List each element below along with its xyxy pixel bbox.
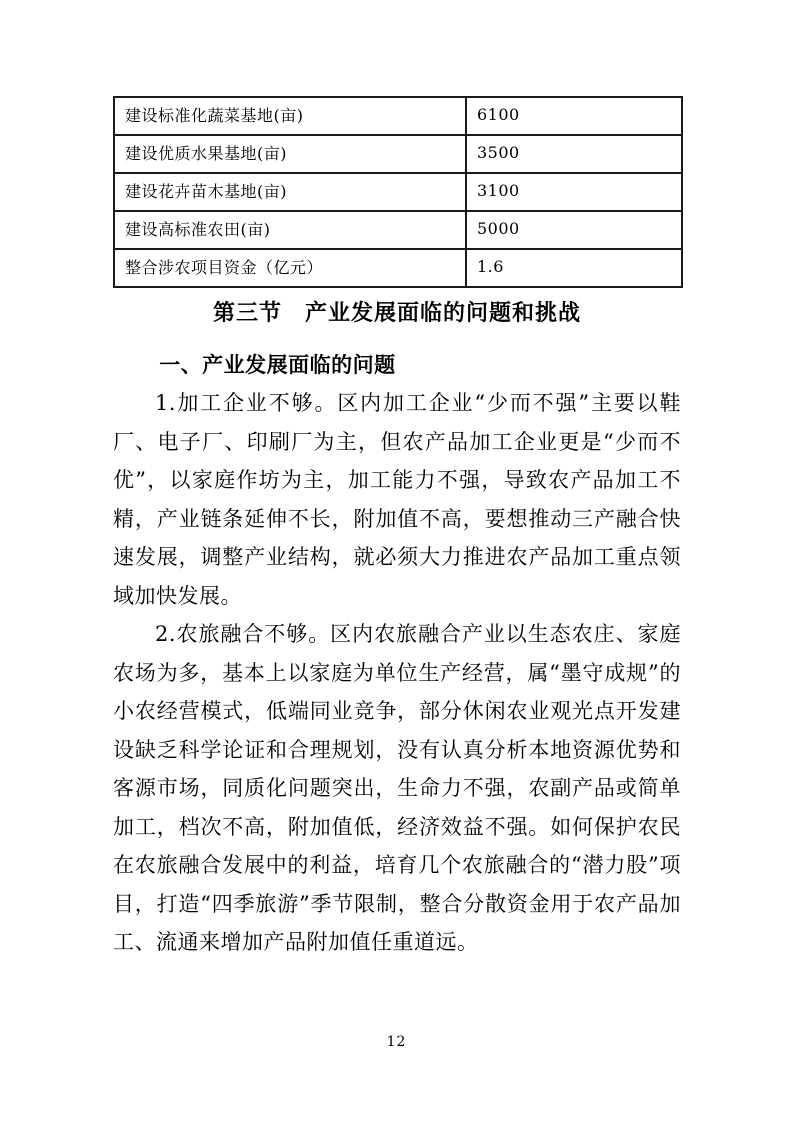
subsection-heading: 一、产业发展面临的问题 — [113, 346, 681, 384]
paragraph-agritourism-integration: 2.农旅融合不够。区内农旅融合产业以生态农庄、家庭农场为多，基本上以家庭为单位生… — [113, 615, 681, 962]
page-content: 建设标准化蔬菜基地(亩) 6100 建设优质水果基地(亩) 3500 建设花卉苗… — [113, 96, 681, 962]
paragraph-processing-enterprises: 1.加工企业不够。区内加工企业“少而不强”主要以鞋厂、电子厂、印刷厂为主，但农产… — [113, 384, 681, 615]
table-cell-label: 整合涉农项目资金（亿元） — [114, 249, 466, 287]
table-cell-label: 建设花卉苗木基地(亩) — [114, 173, 466, 211]
document-page: 建设标准化蔬菜基地(亩) 6100 建设优质水果基地(亩) 3500 建设花卉苗… — [0, 0, 793, 1122]
table-cell-label: 建设高标准农田(亩) — [114, 211, 466, 249]
table-cell-label: 建设标准化蔬菜基地(亩) — [114, 97, 466, 135]
table-cell-value: 1.6 — [466, 249, 682, 287]
table-cell-value: 3500 — [466, 135, 682, 173]
table-row: 整合涉农项目资金（亿元） 1.6 — [114, 249, 682, 287]
page-number: 12 — [0, 1034, 793, 1050]
body-text: 1.加工企业不够。区内加工企业“少而不强”主要以鞋厂、电子厂、印刷厂为主，但农产… — [113, 384, 681, 962]
table-cell-label: 建设优质水果基地(亩) — [114, 135, 466, 173]
table-cell-value: 3100 — [466, 173, 682, 211]
targets-table: 建设标准化蔬菜基地(亩) 6100 建设优质水果基地(亩) 3500 建设花卉苗… — [113, 96, 683, 288]
table-row: 建设优质水果基地(亩) 3500 — [114, 135, 682, 173]
section-heading: 第三节 产业发展面临的问题和挑战 — [113, 294, 681, 332]
table-row: 建设花卉苗木基地(亩) 3100 — [114, 173, 682, 211]
table-cell-value: 6100 — [466, 97, 682, 135]
table-row: 建设标准化蔬菜基地(亩) 6100 — [114, 97, 682, 135]
table-row: 建设高标准农田(亩) 5000 — [114, 211, 682, 249]
table-cell-value: 5000 — [466, 211, 682, 249]
